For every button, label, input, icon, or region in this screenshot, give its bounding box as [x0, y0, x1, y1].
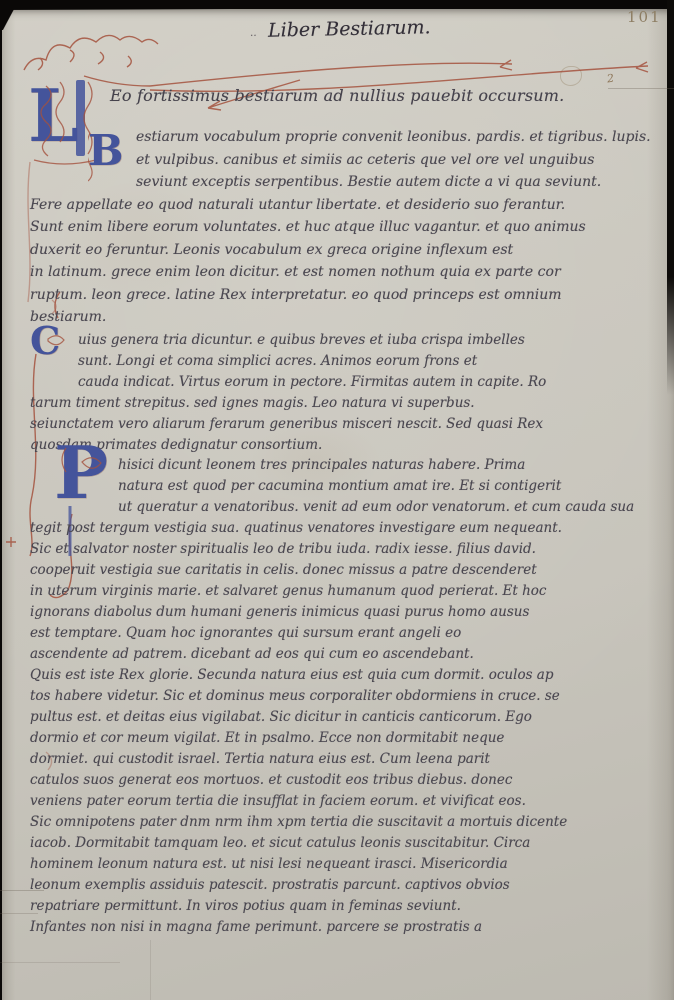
- initial-spacer: [30, 330, 78, 373]
- text-line: Fere appellate eo quod naturali utantur …: [30, 194, 648, 217]
- paragraph-genera: uius genera tria dicuntur. e quibus brev…: [30, 330, 648, 456]
- text-line: iacob. Dormitabit tamquam leo. et sicut …: [30, 833, 650, 854]
- text-line: veniens pater eorum tertia die insufflat…: [30, 791, 650, 812]
- ruling-line: [608, 88, 674, 89]
- text-line: Sunt enim libere eorum voluntates. et hu…: [30, 216, 648, 239]
- ruling-line: [0, 890, 44, 891]
- text-line: uius genera tria dicuntur. e quibus brev…: [30, 330, 648, 351]
- text-line: tarum timent strepitus. sed ignes magis.…: [30, 393, 648, 414]
- text-line: duxerit eo feruntur. Leonis vocabulum ex…: [30, 239, 648, 262]
- text-line: Sic et salvator noster spiritualis leo d…: [30, 539, 650, 560]
- text-line: leonum exemplis assiduis patescit. prost…: [30, 875, 650, 896]
- text-line: tos habere videtur. Sic et dominus meus …: [30, 686, 650, 707]
- text-line: hisici dicunt leonem tres principales na…: [30, 455, 650, 476]
- ruling-line: [0, 913, 38, 914]
- title-mark: ‥: [250, 28, 257, 39]
- initial-spacer: [30, 455, 118, 498]
- text-line: seiunctatem vero aliarum ferarum generib…: [30, 414, 648, 435]
- photo-edge-corner: [0, 0, 26, 30]
- text-line: natura est quod per cacumina montium ama…: [30, 476, 650, 497]
- text-line: tegit post tergum vestigia sua. quatinus…: [30, 518, 650, 539]
- text-line: ut queratur a venatoribus. venit ad eum …: [30, 497, 650, 518]
- text-line: ruptum. leon grece. latine Rex interpret…: [30, 284, 648, 307]
- text-line: quosdam primates dedignatur consortium.: [30, 435, 648, 456]
- text-line: sunt. Longi et coma simplici acres. Anim…: [30, 351, 648, 372]
- text-line: cauda indicat. Virtus eorum in pectore. …: [30, 372, 648, 393]
- text-line: ascendente ad patrem. dicebant ad eos qu…: [30, 644, 650, 665]
- text-line: in uterum virginis marie. et salvaret ge…: [30, 581, 650, 602]
- text-line: catulos suos generat eos mortuos. et cus…: [30, 770, 650, 791]
- text-line: ignorans diabolus dum humani generis ini…: [30, 602, 650, 623]
- text-line: Sic omnipotens pater dnm nrm ihm xpm ter…: [30, 812, 650, 833]
- text-line: dormio et cor meum vigilat. Et in psalmo…: [30, 728, 650, 749]
- photo-edge-right: [667, 0, 674, 395]
- text-line: repatriare permittunt. In viros potius q…: [30, 896, 650, 917]
- ruling-line: [150, 940, 151, 1000]
- paragraph-bestiarum: estiarum vocabulum proprie convenit leon…: [30, 126, 648, 329]
- text-line: Quis est iste Rex glorie. Secunda natura…: [30, 665, 650, 686]
- paragraph-tres-naturae: hisici dicunt leonem tres principales na…: [30, 455, 650, 938]
- text-line: est temptare. Quam hoc ignorantes qui su…: [30, 623, 650, 644]
- running-title: Liber Bestiarum.: [268, 16, 431, 41]
- ruling-line: [0, 962, 120, 963]
- text-line: Infantes non nisi in magna fame perimunt…: [30, 917, 650, 938]
- text-line: hominem leonum natura est. ut nisi lesi …: [30, 854, 650, 875]
- text-line: pultus est. et deitas eius vigilabat. Si…: [30, 707, 650, 728]
- text-line: in latinum. grece enim leon dicitur. et …: [30, 261, 648, 284]
- text-line: seviunt exceptis serpentibus. Bestie aut…: [30, 171, 648, 194]
- manuscript-photo: ‥ Liber Bestiarum. 101 2: [0, 0, 674, 1000]
- text-line: dormiet. qui custodit israel. Tertia nat…: [30, 749, 650, 770]
- folio-number: 101: [627, 8, 662, 26]
- text-line: bestiarum.: [30, 306, 648, 329]
- text-line: cooperuit vestigia sue caritatis in celi…: [30, 560, 650, 581]
- initial-spacer: [30, 126, 136, 172]
- incipit-line: Eo fortissimus bestiarum ad nullius paue…: [110, 86, 564, 105]
